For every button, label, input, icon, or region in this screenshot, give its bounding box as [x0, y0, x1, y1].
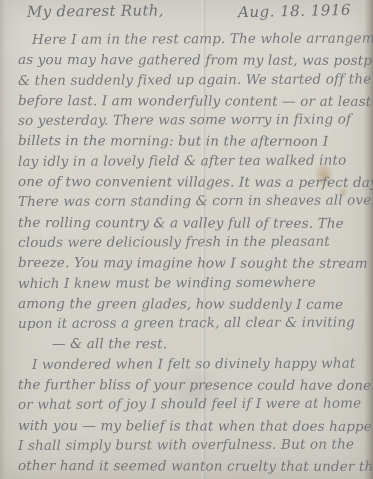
letter-date: Aug. 18. 1916: [238, 1, 351, 21]
letter-line: breeze. You may imagine how I sought the…: [18, 253, 370, 274]
letter-line: There was corn standing & corn in sheave…: [18, 191, 370, 213]
letter-line: which I knew must be winding somewhere: [18, 272, 370, 294]
letter-line: billets in the morning: but in the after…: [18, 131, 370, 152]
letter-body: Here I am in the rest camp. The whole ar…: [18, 30, 370, 477]
letter-line: as you may have gathered from my last, w…: [18, 50, 370, 71]
letter-line: Here I am in the rest camp. The whole ar…: [32, 29, 370, 51]
scan-edge-left: [0, 0, 6, 479]
salutation: My dearest Ruth,: [27, 1, 164, 20]
letter-line: lay idly in a lovely field & after tea w…: [18, 150, 370, 172]
letter-line: or what sort of joy I should feel if I w…: [18, 394, 370, 416]
letter-line: & then suddenly fixed up again. We start…: [18, 69, 370, 91]
letter-line: so yesterday. There was some worry in fi…: [18, 110, 370, 132]
letter-line: — & all the rest.: [52, 334, 370, 355]
letter-line: other hand it seemed wanton cruelty that…: [18, 456, 370, 477]
letter-line: clouds were deliciously fresh in the ple…: [18, 231, 370, 253]
letter-line: with you — my belief is that when that d…: [18, 416, 370, 437]
letter-line: I shall simply burst with overfulness. B…: [18, 434, 370, 456]
letter-line: upon it across a green track, all clear …: [18, 313, 370, 335]
letter-page: My dearest Ruth, Aug. 18. 1916 Here I am…: [0, 0, 373, 479]
letter-line: I wondered when I felt so divinely happy…: [32, 353, 370, 375]
